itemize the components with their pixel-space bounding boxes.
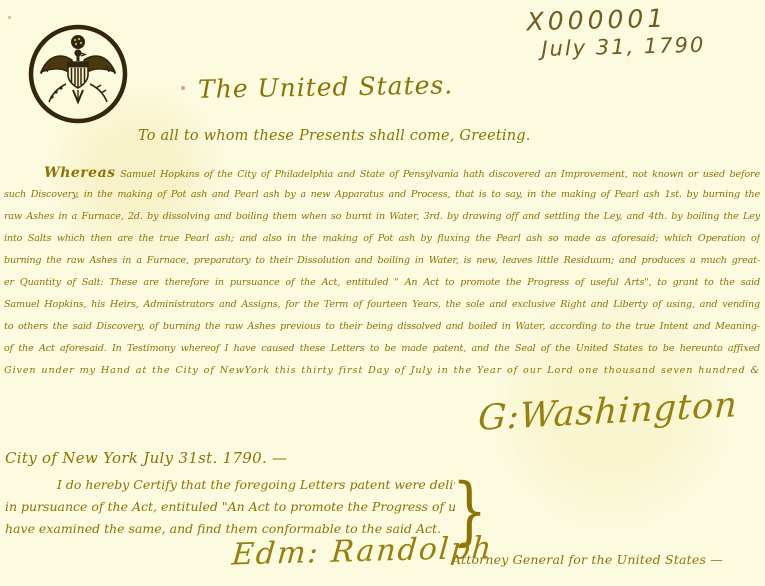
patent-body-text: Whereas Samuel Hopkins of the City of Ph…: [4, 162, 760, 382]
certification-place-date: City of New York July 31st. 1790. —: [5, 449, 287, 467]
paper-speck: [8, 16, 11, 19]
body-line: into Salts which then are the true Pearl…: [4, 228, 760, 250]
body-line-text: Samuel Hopkins of the City of Philadelph…: [120, 169, 760, 180]
body-line: burning the raw Ashes in a Furnace, prep…: [4, 250, 760, 272]
body-line: Samuel Hopkins, his Heirs, Administrator…: [4, 294, 760, 316]
body-line: to others the said Discovery, of burning…: [4, 316, 760, 338]
docket-annotation: X000001 July 31, 1790: [526, 4, 705, 63]
certification-line: I do hereby Certify that the foregoing L…: [5, 474, 455, 496]
body-line: Whereas Samuel Hopkins of the City of Ph…: [4, 162, 760, 184]
whereas-lead-word: Whereas: [44, 165, 116, 181]
patent-document-page: X000001 July 31, 1790 The United States.…: [0, 0, 765, 586]
body-line: raw Ashes in a Furnace, 2d. by dissolvin…: [4, 206, 760, 228]
body-line: of the Act aforesaid. In Testimony where…: [4, 338, 760, 360]
certification-text: I do hereby Certify that the foregoing L…: [5, 474, 455, 540]
patent-date: July 31, 1790: [541, 32, 706, 62]
body-line: such Discovery, in the making of Pot ash…: [4, 184, 760, 206]
body-line: Given under my Hand at the City of NewYo…: [4, 360, 760, 382]
certification-line: in pursuance of the Act, entituled "An A…: [5, 496, 455, 518]
document-title: The United States.: [198, 69, 518, 104]
body-line: er Quantity of Salt: These are therefore…: [4, 272, 760, 294]
salutation-line: To all to whom these Presents shall come…: [138, 128, 558, 144]
paper-speck: [181, 86, 185, 90]
randolph-title: Attorney General for the United States —: [452, 552, 752, 567]
great-seal-eagle-icon: [26, 22, 130, 126]
washington-signature: G:Washington: [477, 385, 739, 439]
